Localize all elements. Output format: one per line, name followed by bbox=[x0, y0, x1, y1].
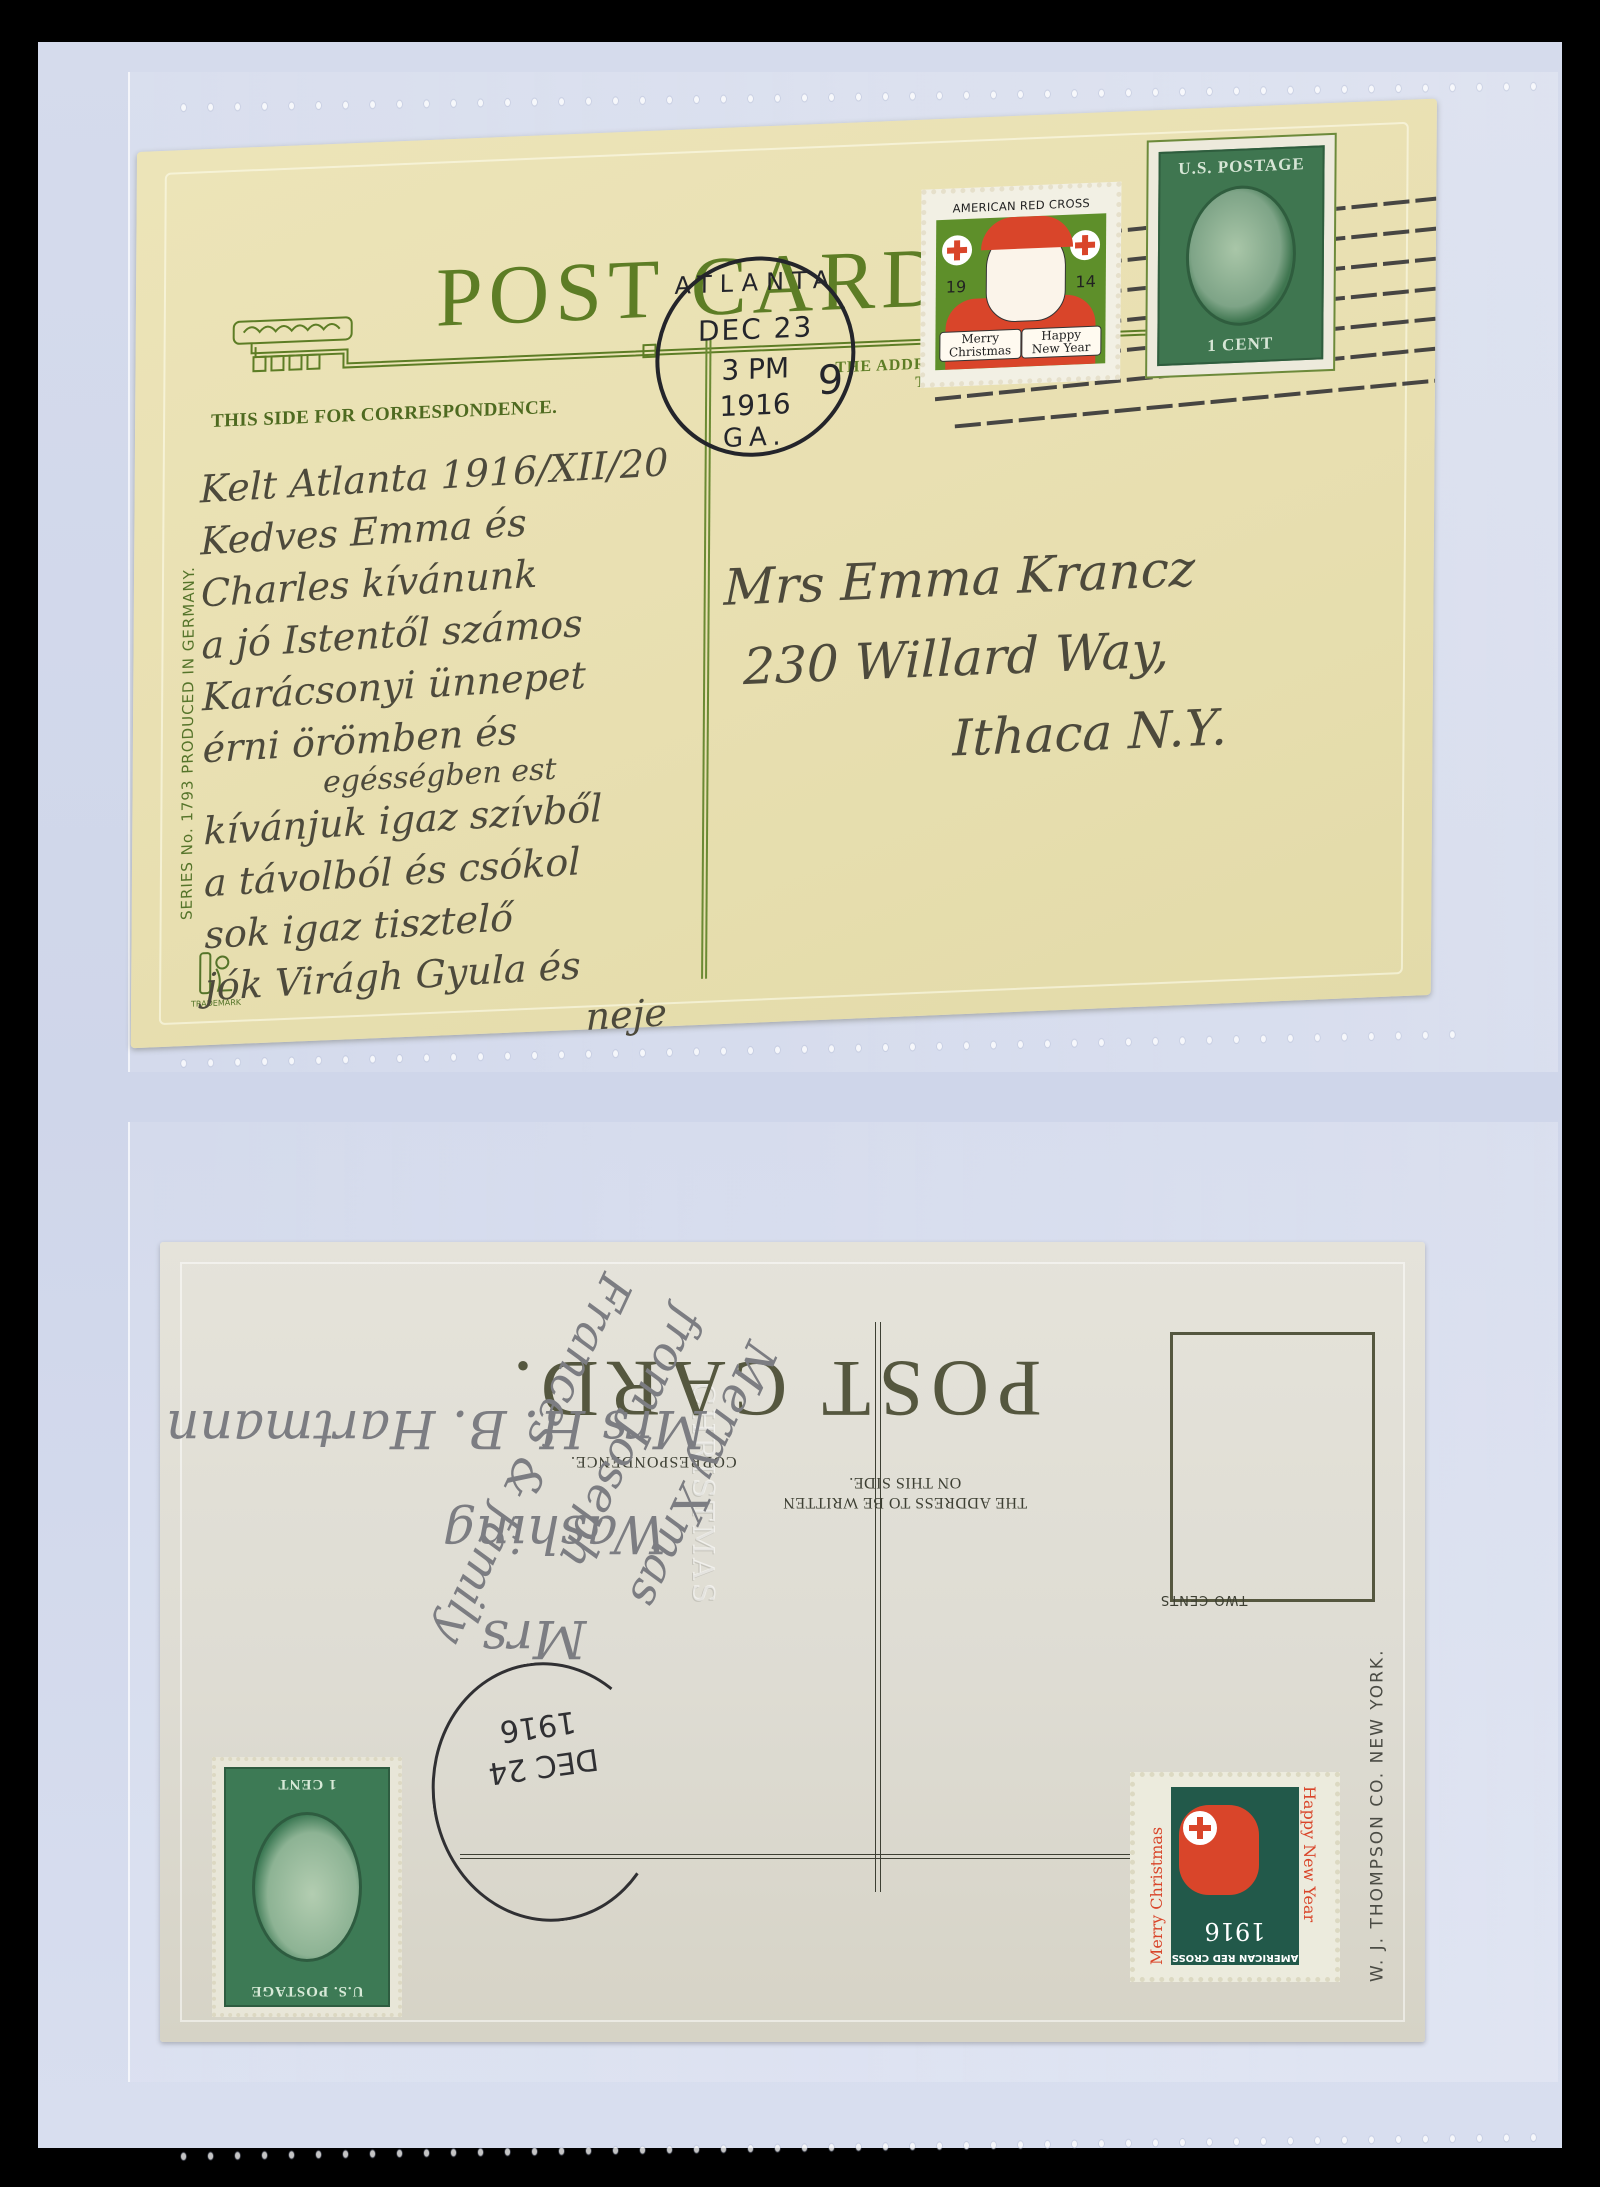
sleeve-perforation bbox=[170, 2130, 1550, 2163]
stamp-value-label: 1 CENT bbox=[278, 1775, 337, 1792]
stamp-box bbox=[1170, 1332, 1375, 1602]
seal-side-left: Happy New Year bbox=[1300, 1786, 1319, 1922]
publisher-imprint: W. J. THOMPSON CO. NEW YORK. bbox=[1367, 1649, 1387, 1983]
washington-portrait-icon bbox=[1185, 183, 1296, 328]
postage-stamp-1-cent: U.S. POSTAGE 1 CENT bbox=[212, 1757, 402, 2017]
address-label: THE ADDRESS TO BE WRITTEN ON THIS SIDE. bbox=[760, 1472, 1050, 1512]
postmark-atlanta: ATLANTA DEC 23 3 PM 1916 GA. 9 bbox=[655, 252, 856, 460]
seal-banner-left: Merry Christmas bbox=[939, 329, 1021, 362]
postmark-text: DEC 24 1916 bbox=[424, 1690, 657, 1800]
red-cross-icon bbox=[1183, 1811, 1217, 1845]
address-label-line2: ON THIS SIDE. bbox=[760, 1472, 1050, 1492]
postmark-date: DEC 23 bbox=[659, 309, 851, 350]
red-cross-icon bbox=[1070, 229, 1100, 260]
seal-header: AMERICAN RED CROSS bbox=[1171, 1952, 1299, 1963]
handwritten-address: Mrs Emma Krancz 230 Willard Way, Ithaca … bbox=[722, 527, 1228, 788]
address-label-line1: THE ADDRESS TO BE WRITTEN bbox=[760, 1492, 1050, 1512]
stamp-design: U.S. POSTAGE 1 CENT bbox=[224, 1767, 390, 2007]
postcard-lower: CHRISTMAS POST CARD. CORRESPONDENCE. THE… bbox=[160, 1242, 1425, 2042]
stamp-top-label: U.S. POSTAGE bbox=[1178, 154, 1305, 179]
santa-illustration: 19 14 Merry Christmas Happy New Year bbox=[935, 213, 1106, 370]
stamp-top-label: U.S. POSTAGE bbox=[251, 1982, 364, 1999]
postage-stamp-1-cent: U.S. POSTAGE 1 CENT bbox=[1145, 133, 1337, 379]
christmas-seal-1916: AMERICAN RED CROSS 1916 Happy New Year M… bbox=[1130, 1772, 1340, 1982]
stamp-design: U.S. POSTAGE 1 CENT bbox=[1157, 145, 1324, 366]
seal-year-right: 14 bbox=[1075, 272, 1095, 292]
seal-year-left: 19 bbox=[946, 277, 966, 297]
postmark-duplex-number: 9 bbox=[818, 357, 844, 404]
handwritten-message: Kelt Atlanta 1916/XII/20 Kedves Emma és … bbox=[200, 436, 675, 1065]
washington-portrait-icon bbox=[252, 1812, 362, 1962]
stamp-box-label: TWO CENTS bbox=[1160, 1592, 1247, 1607]
red-cross-icon bbox=[942, 235, 972, 266]
series-imprint: SERIES No. 1793 PRODUCED IN GERMANY. bbox=[178, 566, 198, 920]
christmas-seal-santa: AMERICAN RED CROSS 19 14 Merry Christmas… bbox=[920, 182, 1121, 388]
seal-year: 1916 bbox=[1171, 1917, 1299, 1945]
seal-design: AMERICAN RED CROSS 1916 Happy New Year M… bbox=[1141, 1783, 1329, 1971]
postcard-upper: POST CARD THIS SIDE FOR CORRESPONDENCE. … bbox=[131, 99, 1437, 1049]
seal-header: AMERICAN RED CROSS bbox=[936, 195, 1106, 216]
stamp-value-label: 1 CENT bbox=[1207, 333, 1273, 356]
seal-banner-right: Happy New Year bbox=[1021, 325, 1102, 358]
santa-hat-icon bbox=[981, 215, 1073, 251]
seal-side-right: Merry Christmas bbox=[1147, 1827, 1166, 1965]
